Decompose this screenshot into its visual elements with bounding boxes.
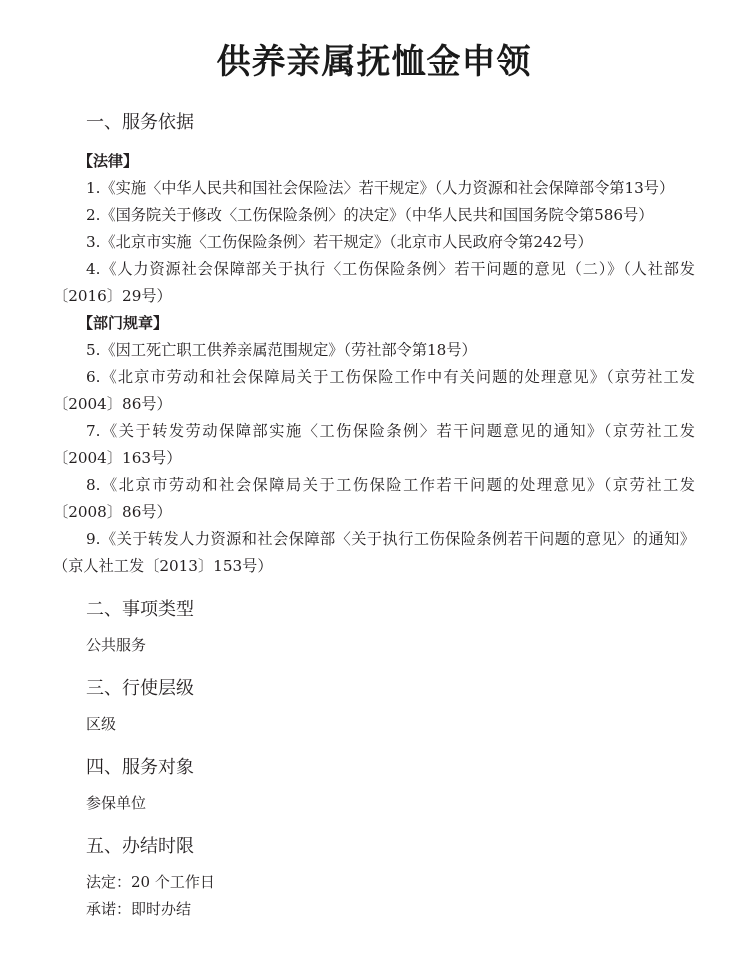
basis-item: 7.《关于转发劳动保障部实施〈工伤保险条例〉若干问题意见的通知》（京劳社工发〔2… bbox=[53, 418, 695, 472]
group-label-laws: 【法律】 bbox=[53, 148, 695, 175]
document-title: 供养亲属抚恤金申领 bbox=[53, 0, 695, 90]
basis-item: 6.《北京市劳动和社会保障局关于工伤保险工作中有关问题的处理意见》（京劳社工发〔… bbox=[53, 364, 695, 418]
basis-item: 9.《关于转发人力资源和社会保障部〈关于执行工伤保险条例若干问题的意见〉的通知》… bbox=[53, 526, 695, 580]
basis-item: 2.《国务院关于修改〈工伤保险条例〉的决定》（中华人民共和国国务院令第586号） bbox=[53, 202, 695, 229]
time-limit-statutory: 法定：20 个工作日 bbox=[53, 869, 695, 896]
service-target-value: 参保单位 bbox=[53, 790, 695, 817]
document-page: 供养亲属抚恤金申领 一、服务依据 【法律】 1.《实施〈中华人民共和国社会保险法… bbox=[53, 0, 695, 923]
basis-item: 8.《北京市劳动和社会保障局关于工伤保险工作若干问题的处理意见》（京劳社工发〔2… bbox=[53, 472, 695, 526]
basis-item: 1.《实施〈中华人民共和国社会保险法〉若干规定》（人力资源和社会保障部令第13号… bbox=[53, 175, 695, 202]
section-heading-exercise-level: 三、行使层级 bbox=[53, 671, 695, 707]
basis-item: 4.《人力资源社会保障部关于执行〈工伤保险条例〉若干问题的意见（二）》（人社部发… bbox=[53, 256, 695, 310]
basis-item: 3.《北京市实施〈工伤保险条例〉若干规定》（北京市人民政府令第242号） bbox=[53, 229, 695, 256]
section-heading-time-limit: 五、办结时限 bbox=[53, 829, 695, 865]
basis-item: 5.《因工死亡职工供养亲属范围规定》（劳社部令第18号） bbox=[53, 337, 695, 364]
group-label-department-rules: 【部门规章】 bbox=[53, 310, 695, 337]
exercise-level-value: 区级 bbox=[53, 711, 695, 738]
item-type-value: 公共服务 bbox=[53, 632, 695, 659]
section-heading-item-type: 二、事项类型 bbox=[53, 592, 695, 628]
section-heading-service-target: 四、服务对象 bbox=[53, 750, 695, 786]
time-limit-promised: 承诺：即时办结 bbox=[53, 896, 695, 923]
section-heading-service-basis: 一、服务依据 bbox=[53, 106, 695, 140]
